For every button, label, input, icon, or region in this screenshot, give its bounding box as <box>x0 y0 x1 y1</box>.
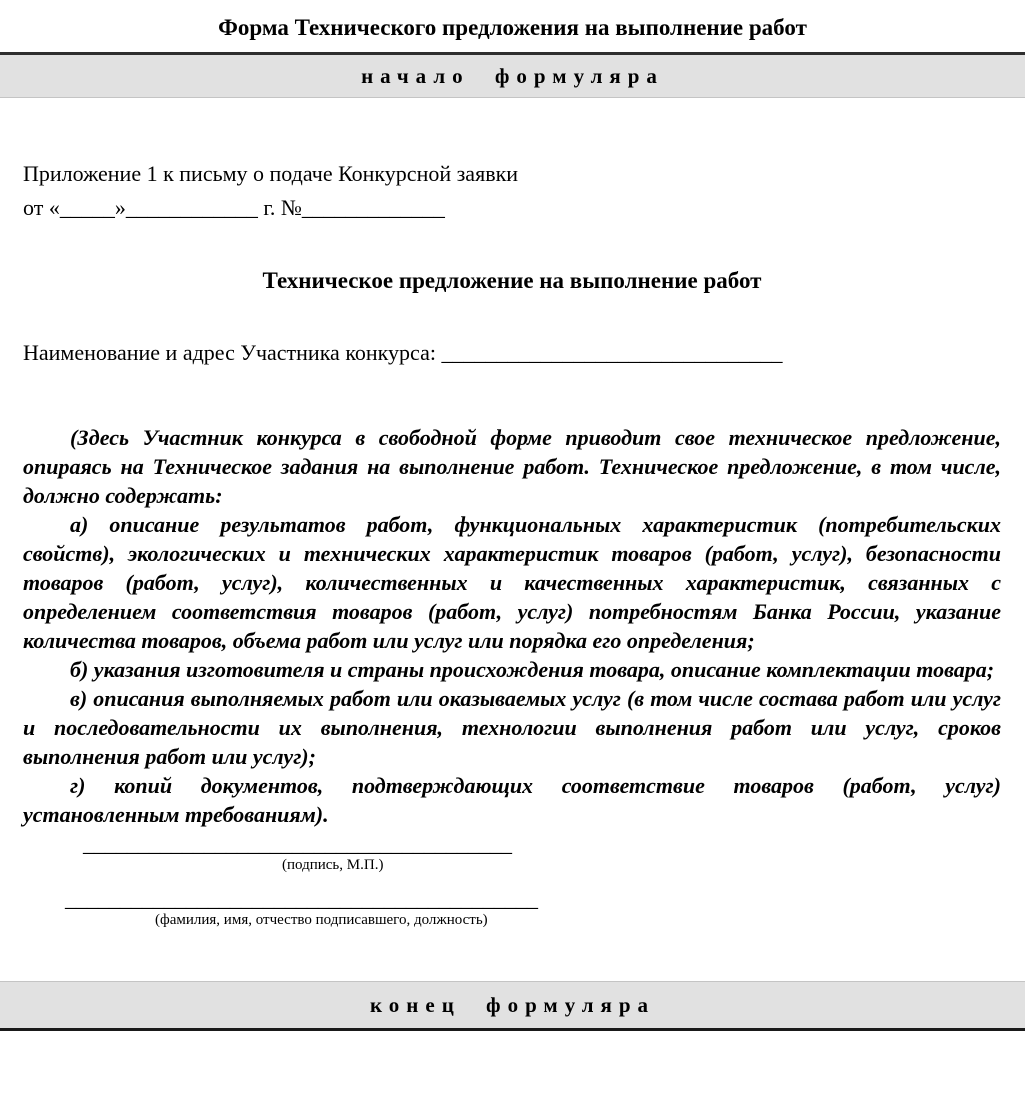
instructions-intro-paragraph: (Здесь Участник конкурса в свободной фор… <box>23 423 1001 510</box>
instructions-paragraph-a: а) описание результатов работ, функциона… <box>23 510 1001 655</box>
proposal-title: Техническое предложение на выполнение ра… <box>23 267 1001 295</box>
proposal-instructions: (Здесь Участник конкурса в свободной фор… <box>23 423 1001 829</box>
signature-caption: (подпись, М.П.) <box>282 857 1001 874</box>
signature-blank-line: _______________________________________ <box>83 831 1001 857</box>
document-page: Форма Технического предложения на выполн… <box>0 0 1025 1031</box>
page-title: Форма Технического предложения на выполн… <box>0 0 1025 42</box>
signatory-name-blank-line: ________________________________________… <box>65 886 1001 912</box>
form-start-banner-label: начало формуляра <box>361 64 664 88</box>
appendix-date-number-line: от «_____»____________ г. №_____________ <box>23 191 1001 225</box>
form-start-banner: начало формуляра <box>0 52 1025 98</box>
participant-name-address-line: Наименование и адрес Участника конкурса:… <box>23 339 1001 367</box>
instructions-paragraph-b: б) указания изготовителя и страны происх… <box>23 655 1001 684</box>
appendix-line-1: Приложение 1 к письму о подаче Конкурсно… <box>23 157 1001 191</box>
instructions-paragraph-v: в) описания выполняемых работ или оказыв… <box>23 684 1001 771</box>
form-end-banner: конец формуляра <box>0 981 1025 1031</box>
signatory-name-block: ________________________________________… <box>23 886 1001 929</box>
document-body: Приложение 1 к письму о подаче Конкурсно… <box>0 157 1025 929</box>
appendix-block: Приложение 1 к письму о подаче Конкурсно… <box>23 157 1001 225</box>
signature-block: _______________________________________ … <box>23 831 1001 874</box>
instructions-paragraph-g: г) копий документов, подтверждающих соот… <box>23 771 1001 829</box>
form-end-banner-label: конец формуляра <box>370 993 655 1017</box>
signatory-name-caption: (фамилия, имя, отчество подписавшего, до… <box>155 912 1001 929</box>
